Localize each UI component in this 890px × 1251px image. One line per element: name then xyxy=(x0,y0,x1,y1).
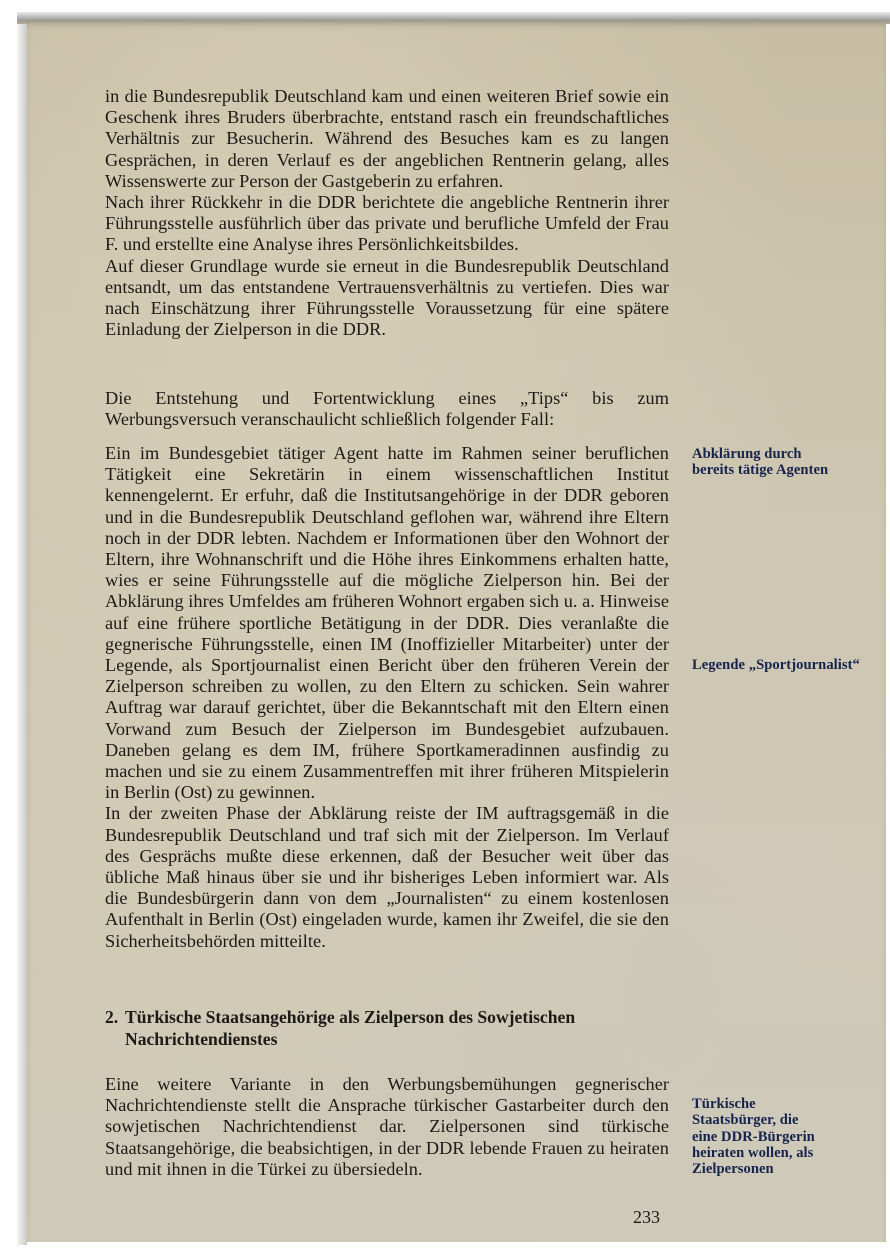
paragraph: Eine weitere Variante in den Werbungsbem… xyxy=(105,1074,669,1180)
margin-note-tuerkische-staatsbuerger: Türkische Staatsbürger, die eine DDR-Bür… xyxy=(692,1096,827,1177)
paragraph: In der zweiten Phase der Abklärung reist… xyxy=(105,803,669,951)
section-title-line-2: Nachrichtendienstes xyxy=(105,1028,685,1050)
paragraph: Ein im Bundesgebiet tätiger Agent hatte … xyxy=(105,443,669,803)
paragraph: in die Bundesrepublik Deutschland kam un… xyxy=(105,86,669,192)
paragraph: Die Entstehung und Fortentwicklung eines… xyxy=(105,388,669,430)
page-number: 233 xyxy=(633,1207,660,1228)
paragraph: Auf dieser Grundlage wurde sie erneut in… xyxy=(105,256,669,341)
text-block-2: Die Entstehung und Fortentwicklung eines… xyxy=(105,388,669,430)
section-number: 2. xyxy=(105,1006,125,1028)
text-block-1: in die Bundesrepublik Deutschland kam un… xyxy=(105,86,669,340)
margin-note-legende: Legende „Sportjournalist“ xyxy=(692,657,862,673)
text-block-3: Ein im Bundesgebiet tätiger Agent hatte … xyxy=(105,443,669,952)
section-heading: 2.Türkische Staatsangehörige als Zielper… xyxy=(105,1006,685,1050)
section-title-line-1: Türkische Staatsangehörige als Zielperso… xyxy=(125,1007,575,1027)
paragraph: Nach ihrer Rückkehr in die DDR berichtet… xyxy=(105,192,669,256)
page-left-edge xyxy=(17,15,27,1245)
text-block-4: Eine weitere Variante in den Werbungsbem… xyxy=(105,1074,669,1180)
margin-note-abklaerung: Abklärung durch bereits tätige Agenten xyxy=(692,446,842,479)
